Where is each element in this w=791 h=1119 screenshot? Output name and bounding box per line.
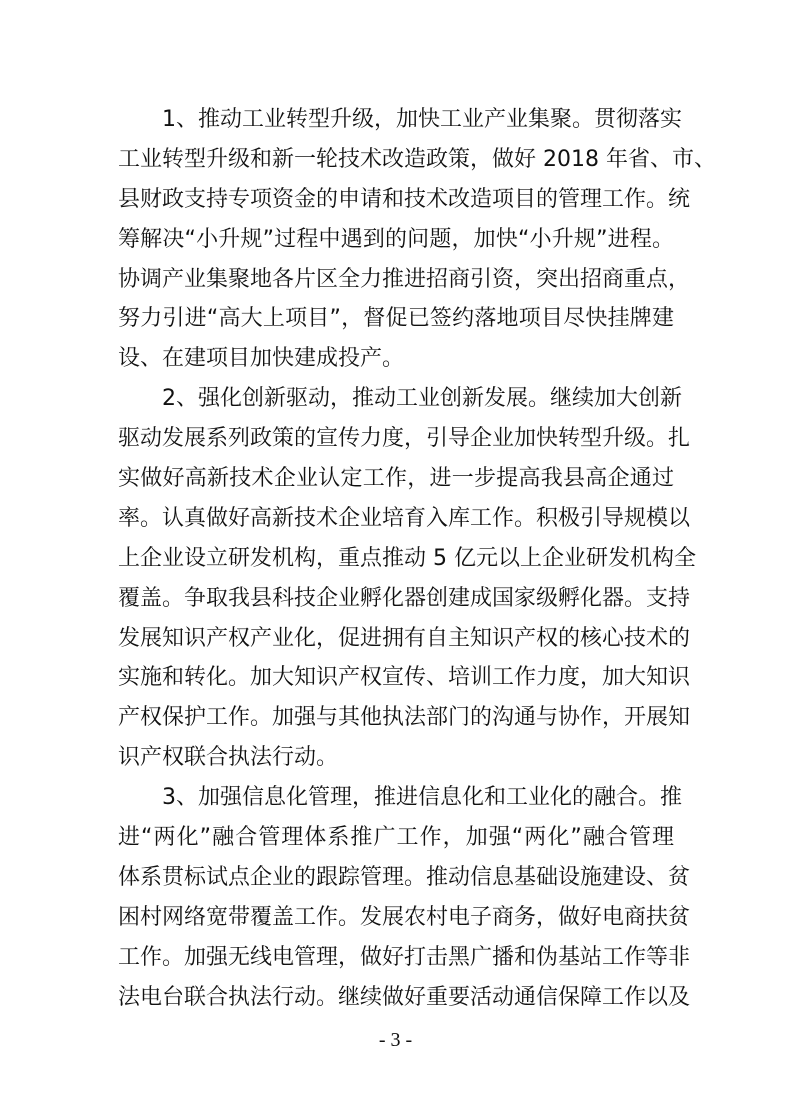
text-line: 法电台联合执法行动。继续做好重要活动通信保障工作以及 xyxy=(118,978,674,1018)
text-line: 1、推动工业转型升级，加快工业产业集聚。贯彻落实 xyxy=(118,100,674,140)
text-line: 驱动发展系列政策的宣传力度，引导企业加快转型升级。扎 xyxy=(118,419,674,459)
text-line: 发展知识产权产业化，促进拥有自主知识产权的核心技术的 xyxy=(118,619,674,659)
text-line: 工作。加强无线电管理，做好打击黑广播和伪基站工作等非 xyxy=(118,938,674,978)
document-page: 1、推动工业转型升级，加快工业产业集聚。贯彻落实 工业转型升级和新一轮技术改造政… xyxy=(0,0,791,1119)
paragraph-3: 3、加强信息化管理，推进信息化和工业化的融合。推 进“两化”融合管理体系推广工作… xyxy=(118,778,674,1017)
body-text: 1、推动工业转型升级，加快工业产业集聚。贯彻落实 工业转型升级和新一轮技术改造政… xyxy=(118,100,674,1017)
text-line: 实施和转化。加大知识产权宣传、培训工作力度，加大知识 xyxy=(118,658,674,698)
paragraph-2: 2、强化创新驱动，推动工业创新发展。继续加大创新 驱动发展系列政策的宣传力度，引… xyxy=(118,379,674,778)
text-line: 设、在建项目加快建成投产。 xyxy=(118,339,674,379)
text-line: 努力引进“高大上项目”，督促已签约落地项目尽快挂牌建 xyxy=(118,299,674,339)
text-line: 产权保护工作。加强与其他执法部门的沟通与协作，开展知 xyxy=(118,698,674,738)
text-line: 覆盖。争取我县科技企业孵化器创建成国家级孵化器。支持 xyxy=(118,579,674,619)
text-line: 筹解决“小升规”过程中遇到的问题，加快“小升规”进程。 xyxy=(118,220,674,260)
text-line: 3、加强信息化管理，推进信息化和工业化的融合。推 xyxy=(118,778,674,818)
text-line: 2、强化创新驱动，推动工业创新发展。继续加大创新 xyxy=(118,379,674,419)
text-line: 县财政支持专项资金的申请和技术改造项目的管理工作。统 xyxy=(118,180,674,220)
text-line: 体系贯标试点企业的跟踪管理。推动信息基础设施建设、贫 xyxy=(118,858,674,898)
text-line: 率。认真做好高新技术企业培育入库工作。积极引导规模以 xyxy=(118,499,674,539)
text-line: 工业转型升级和新一轮技术改造政策，做好 2018 年省、市、 xyxy=(118,140,674,180)
text-line: 实做好高新技术企业认定工作，进一步提高我县高企通过 xyxy=(118,459,674,499)
text-line: 上企业设立研发机构，重点推动 5 亿元以上企业研发机构全 xyxy=(118,539,674,579)
text-line: 困村网络宽带覆盖工作。发展农村电子商务，做好电商扶贫 xyxy=(118,898,674,938)
paragraph-1: 1、推动工业转型升级，加快工业产业集聚。贯彻落实 工业转型升级和新一轮技术改造政… xyxy=(118,100,674,379)
page-number: - 3 - xyxy=(0,1028,791,1052)
text-line: 识产权联合执法行动。 xyxy=(118,738,674,778)
text-line: 协调产业集聚地各片区全力推进招商引资，突出招商重点， xyxy=(118,260,674,300)
text-line: 进“两化”融合管理体系推广工作，加强“两化”融合管理 xyxy=(118,818,674,858)
